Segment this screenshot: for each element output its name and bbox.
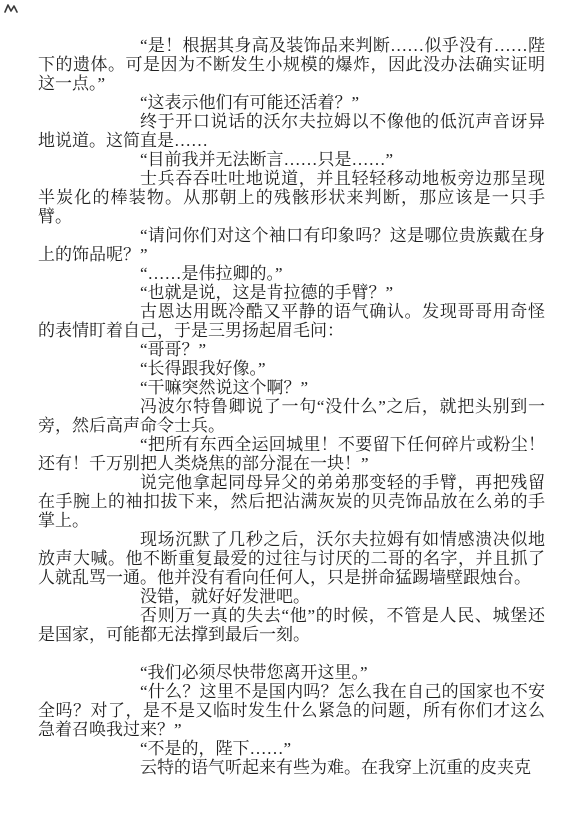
paragraph: “请问你们对这个袖口有印象吗？这是哪位贵族戴在身上的饰品呢？”	[38, 226, 545, 264]
paragraph: “什么？这里不是国内吗？怎么我在自己的国家也不安全吗？对了，是不是又临时发生什么…	[38, 682, 545, 739]
paragraph: “把所有东西全运回城里！不要留下任何碎片或粉尘！还有！千万别把人类烧焦的部分混在…	[38, 435, 545, 473]
paragraph: 古恩达用既冷酷又平静的语气确认。发现哥哥用奇怪的表情盯着自己，于是三男扬起眉毛问…	[38, 302, 545, 340]
paragraph: “也就是说，这是肯拉德的手臂？”	[38, 283, 545, 302]
paragraph: “……是伟拉卿的。”	[38, 264, 545, 283]
paragraph: “长得跟我好像。”	[38, 359, 545, 378]
paragraph: “哥哥？”	[38, 340, 545, 359]
paragraph: 冯波尔特鲁卿说了一句“没什么”之后，就把头别到一旁，然后高声命令士兵。	[38, 397, 545, 435]
paragraph: 云特的语气听起来有些为难。在我穿上沉重的皮夹克	[38, 758, 545, 777]
paragraph: “我们必须尽快带您离开这里。”	[38, 663, 545, 682]
paragraph: 士兵吞吞吐吐地说道，并且轻轻移动地板旁边那呈现半炭化的棒装物。从那朝上的残骸形状…	[38, 169, 545, 226]
paragraph: 说完他拿起同母异父的弟弟那变轻的手臂，再把残留在手腕上的袖扣拔下来，然后把沾满灰…	[38, 473, 545, 530]
paragraph: 否则万一真的失去“他”的时候，不管是人民、城堡还是国家，可能都无法撑到最后一刻。	[38, 606, 545, 644]
novel-page: “是！根据其身高及装饰品来判断……似乎没有……陛下的遗体。可是因为不断发生小规模…	[0, 0, 583, 828]
paragraph: 终于开口说话的沃尔夫拉姆以不像他的低沉声音讶异地说道。这简直是……	[38, 112, 545, 150]
paragraph: 现场沉默了几秒之后，沃尔夫拉姆有如情感溃决似地放声大喊。他不断重复最爱的过往与讨…	[38, 530, 545, 587]
paragraph: “这表示他们有可能还活着？”	[38, 93, 545, 112]
paragraph: “干嘛突然说这个啊？”	[38, 378, 545, 397]
stray-ink-mark-icon	[4, 3, 20, 15]
paragraph: “不是的，陛下……”	[38, 739, 545, 758]
paragraph: “目前我并无法断言……只是……”	[38, 150, 545, 169]
paragraph: “是！根据其身高及装饰品来判断……似乎没有……陛下的遗体。可是因为不断发生小规模…	[38, 36, 545, 93]
body-text: “是！根据其身高及装饰品来判断……似乎没有……陛下的遗体。可是因为不断发生小规模…	[38, 36, 545, 777]
paragraph: 没错，就好好发泄吧。	[38, 587, 545, 606]
